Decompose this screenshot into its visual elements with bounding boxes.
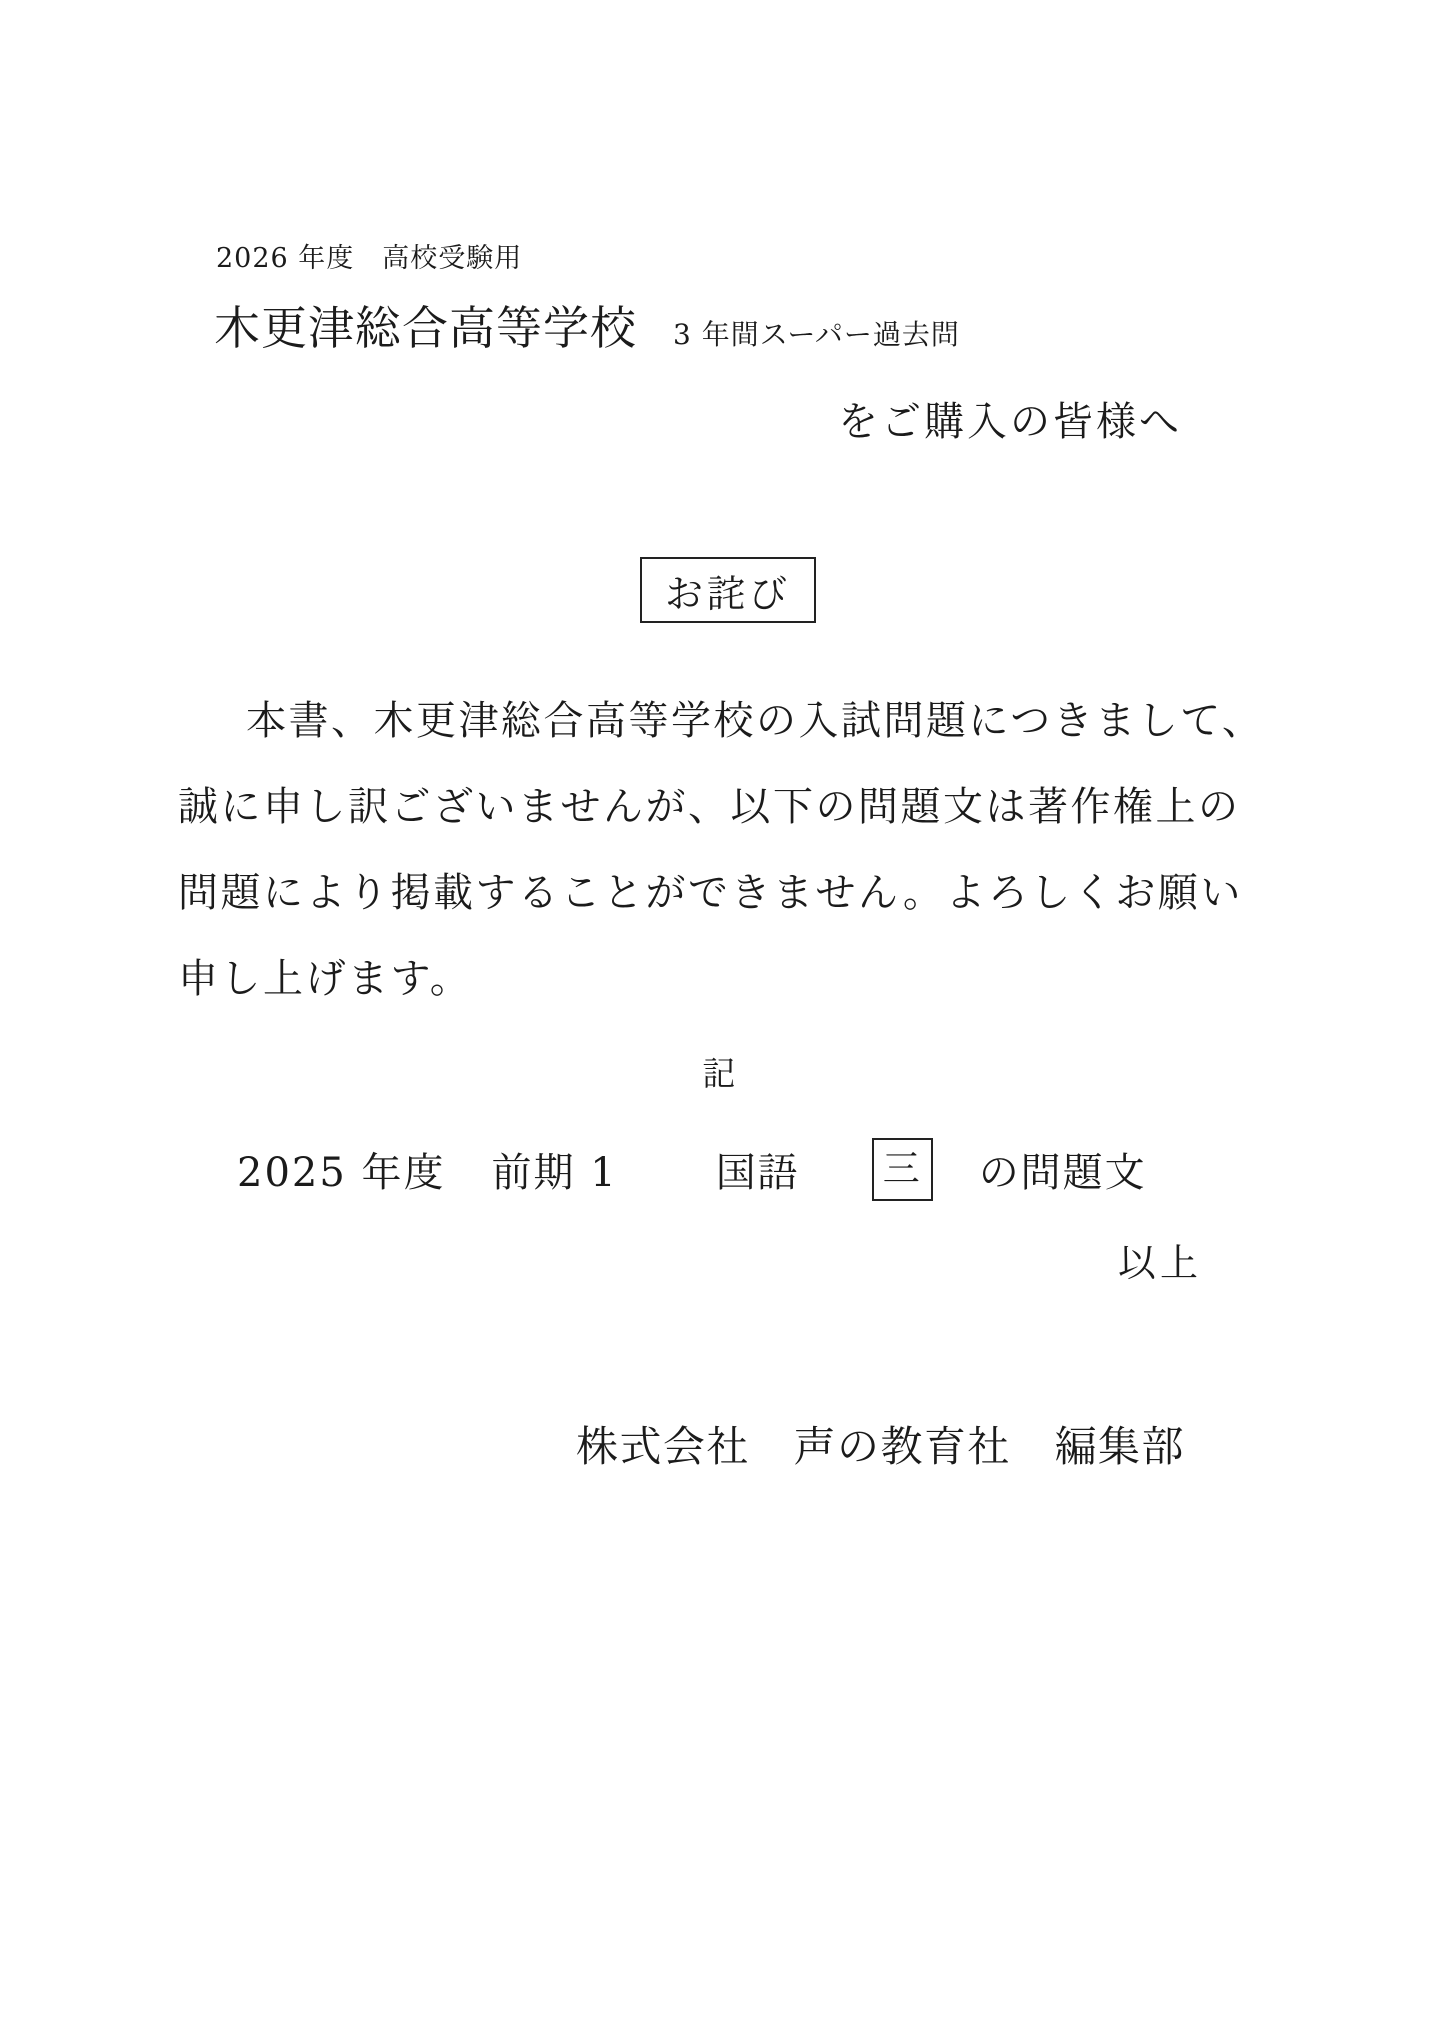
omitted-item-line: 2025 年度 前期 1 国語 三 の問題文	[237, 1138, 1147, 1201]
publisher-signature: 株式会社 声の教育社 編集部	[576, 1414, 1185, 1474]
body-line-1: 本書、木更津総合高等学校の入試問題につきまして、	[178, 678, 1260, 764]
apology-title-box: お詫び	[640, 557, 816, 623]
book-title-line: 木更津総合高等学校3 年間スーパー過去問	[214, 292, 960, 358]
notice-marker: 記	[178, 1048, 1260, 1095]
apology-notice-page: 2026 年度 高校受験用 木更津総合高等学校3 年間スーパー過去問 をご購入の…	[0, 0, 1434, 2024]
apology-body-paragraph: 本書、木更津総合高等学校の入試問題につきまして、 誠に申し訳ございませんが、以下…	[178, 678, 1260, 1022]
omitted-item-year: 2025 年度	[237, 1141, 446, 1198]
apology-title: お詫び	[665, 563, 791, 618]
omitted-item-subject: 国語	[716, 1141, 800, 1198]
closing-label: 以上	[1118, 1232, 1202, 1287]
omitted-item-term: 前期 1	[492, 1141, 618, 1198]
body-line-3: 問題により掲載することができません。よろしくお願い	[178, 850, 1260, 936]
addressee-line: をご購入の皆様へ	[838, 390, 1182, 447]
body-line-2: 誠に申し訳ございませんが、以下の問題文は著作権上の	[178, 764, 1260, 850]
series-label: 3 年間スーパー過去問	[673, 318, 960, 351]
school-name: 木更津総合高等学校	[214, 301, 637, 355]
omitted-section-number-box: 三	[872, 1138, 933, 1201]
omitted-item-suffix: の問題文	[979, 1141, 1147, 1198]
edition-year-label: 2026 年度 高校受験用	[216, 236, 522, 275]
body-line-4: 申し上げます。	[178, 936, 1260, 1022]
